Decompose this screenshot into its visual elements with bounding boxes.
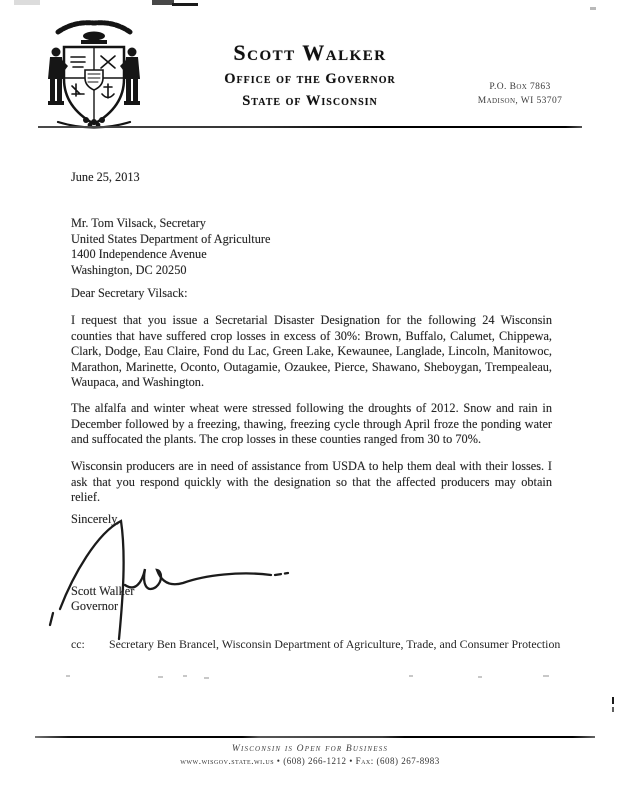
signer-title: Governor	[71, 599, 118, 615]
cc-line: cc:Secretary Ben Brancel, Wisconsin Depa…	[71, 637, 571, 652]
cc-label: cc:	[71, 637, 109, 652]
signer-name: Scott Walker	[71, 584, 134, 600]
scan-artifact	[158, 676, 163, 678]
letterhead-po-box: P.O. Box 7863	[440, 80, 600, 94]
scan-artifact	[66, 675, 70, 677]
footer-slogan: Wisconsin is Open for Business	[0, 744, 620, 754]
cc-text: Secretary Ben Brancel, Wisconsin Departm…	[109, 637, 560, 651]
body-paragraph: I request that you issue a Secretarial D…	[71, 313, 552, 391]
header-divider	[38, 126, 582, 128]
handwritten-signature	[45, 513, 295, 641]
recipient-line: Washington, DC 20250	[71, 263, 270, 279]
scanned-letter-page: Scott Walker Office of the Governor Stat…	[0, 0, 620, 802]
recipient-address-block: Mr. Tom Vilsack, Secretary United States…	[71, 216, 270, 278]
footer-divider	[35, 736, 595, 738]
recipient-line: Mr. Tom Vilsack, Secretary	[71, 216, 270, 232]
footer-contact: www.wisgov.state.wi.us • (608) 266-1212 …	[0, 756, 620, 766]
letterhead-city-line: Madison, WI 53707	[440, 94, 600, 108]
scan-artifact	[409, 675, 413, 677]
body-paragraph: The alfalfa and winter wheat were stress…	[71, 401, 552, 448]
scan-artifact	[14, 0, 40, 5]
letterhead-office-line: Office of the Governor	[170, 71, 450, 88]
scan-artifact	[612, 707, 614, 712]
footer: Wisconsin is Open for Business www.wisgo…	[0, 744, 620, 766]
body-paragraph: Wisconsin producers are in need of assis…	[71, 459, 552, 506]
salutation: Dear Secretary Vilsack:	[71, 286, 187, 302]
recipient-line: 1400 Independence Avenue	[71, 247, 270, 263]
letterhead-state-line: State of Wisconsin	[170, 93, 450, 110]
scan-artifact	[152, 0, 174, 5]
scan-artifact	[612, 697, 614, 704]
closing: Sincerely,	[71, 512, 120, 528]
scan-artifact	[204, 677, 209, 679]
letterhead-name: Scott Walker	[170, 40, 450, 66]
letterhead-address: P.O. Box 7863 Madison, WI 53707	[440, 80, 600, 108]
recipient-line: United States Department of Agriculture	[71, 232, 270, 248]
wisconsin-coat-of-arms-icon	[38, 16, 150, 130]
letterhead: Scott Walker Office of the Governor Stat…	[170, 40, 450, 110]
scan-artifact	[172, 3, 198, 6]
scan-artifact	[183, 675, 187, 677]
scan-artifact	[543, 675, 549, 677]
scan-artifact	[590, 7, 596, 10]
scan-artifact	[478, 676, 482, 678]
letter-date: June 25, 2013	[71, 170, 140, 186]
